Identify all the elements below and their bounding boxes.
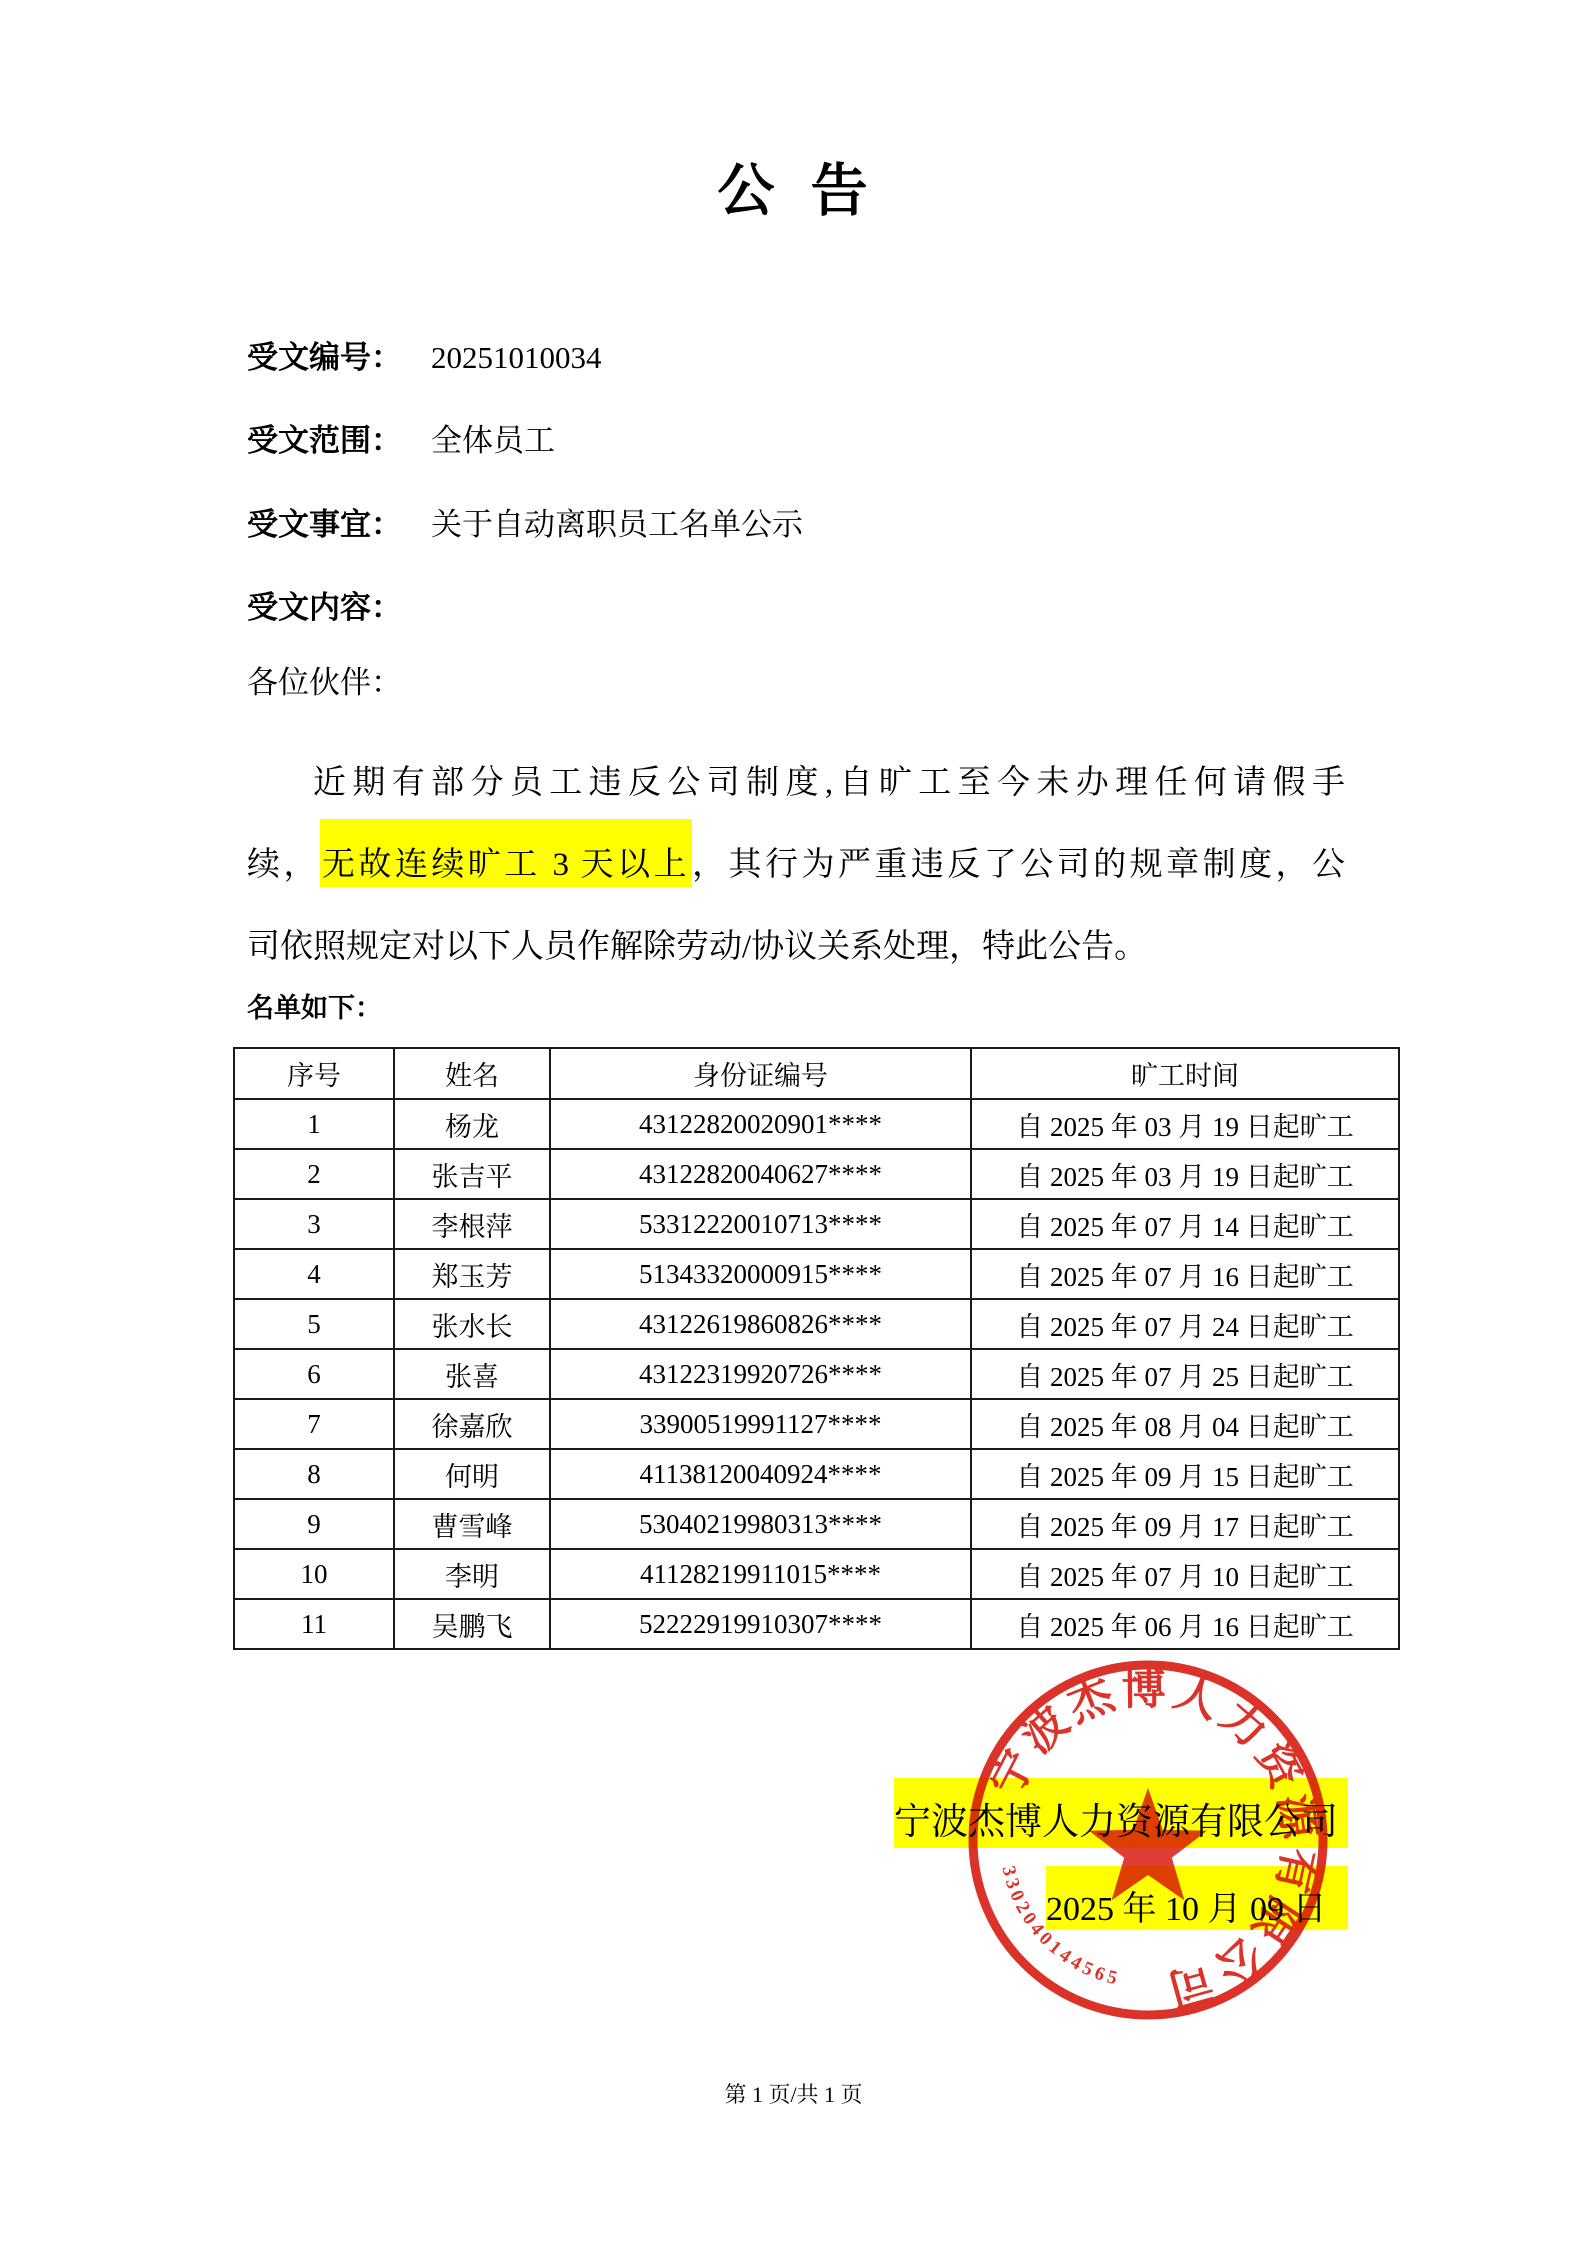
table-cell: 43122619860826****: [550, 1299, 971, 1349]
table-row: 3李根萍53312220010713****自 2025 年 07 月 14 日…: [234, 1199, 1399, 1249]
table-cell: 李根萍: [394, 1199, 550, 1249]
table-cell: 自 2025 年 08 月 04 日起旷工: [971, 1399, 1399, 1449]
table-cell: 自 2025 年 07 月 24 日起旷工: [971, 1299, 1399, 1349]
table-cell: 53312220010713****: [550, 1199, 971, 1249]
table-cell: 4: [234, 1249, 394, 1299]
doc-subject-label: 受文事宜：: [247, 507, 431, 543]
table-cell: 7: [234, 1399, 394, 1449]
table-cell: 43122820040627****: [550, 1149, 971, 1199]
col-header-name: 姓名: [394, 1048, 550, 1099]
doc-subject-line: 受文事宜：关于自动离职员工名单公示: [247, 507, 803, 543]
table-row: 2张吉平43122820040627****自 2025 年 03 月 19 日…: [234, 1149, 1399, 1199]
table-row: 11吴鹏飞52222919910307****自 2025 年 06 月 16 …: [234, 1599, 1399, 1649]
doc-scope-line: 受文范围：全体员工: [247, 423, 555, 459]
table-cell: 自 2025 年 09 月 17 日起旷工: [971, 1499, 1399, 1549]
col-header-id: 身份证编号: [550, 1048, 971, 1099]
table-cell: 1: [234, 1099, 394, 1149]
table-cell: 李明: [394, 1549, 550, 1599]
table-cell: 张喜: [394, 1349, 550, 1399]
table-cell: 自 2025 年 07 月 16 日起旷工: [971, 1249, 1399, 1299]
roster-table-body: 1杨龙43122820020901****自 2025 年 03 月 19 日起…: [234, 1099, 1399, 1649]
paragraph-line-2-suffix: ，其行为严重违反了公司的规章制度，公: [692, 847, 1345, 883]
highlighted-absence-rule: 无故连续旷工 3 天以上: [320, 819, 692, 887]
table-cell: 自 2025 年 06 月 16 日起旷工: [971, 1599, 1399, 1649]
table-row: 5张水长43122619860826****自 2025 年 07 月 24 日…: [234, 1299, 1399, 1349]
table-cell: 33900519991127****: [550, 1399, 971, 1449]
seal-star-icon: [1089, 1788, 1207, 1900]
table-cell: 8: [234, 1449, 394, 1499]
table-header-row: 序号 姓名 身份证编号 旷工时间: [234, 1048, 1399, 1099]
announcement-document: 公 告 受文编号：20251010034 受文范围：全体员工 受文事宜：关于自动…: [0, 0, 1587, 2245]
table-cell: 11: [234, 1599, 394, 1649]
table-cell: 吴鹏飞: [394, 1599, 550, 1649]
table-row: 8何明41138120040924****自 2025 年 09 月 15 日起…: [234, 1449, 1399, 1499]
table-cell: 何明: [394, 1449, 550, 1499]
salutation: 各位伙伴：: [247, 664, 402, 702]
table-cell: 自 2025 年 03 月 19 日起旷工: [971, 1149, 1399, 1199]
page-title: 公 告: [0, 162, 1587, 222]
paragraph-line-3: 司依照规定对以下人员作解除劳动/协议关系处理，特此公告。: [247, 926, 1345, 968]
table-row: 7徐嘉欣33900519991127****自 2025 年 08 月 04 日…: [234, 1399, 1399, 1449]
doc-scope-label: 受文范围：: [247, 423, 431, 459]
table-row: 1杨龙43122820020901****自 2025 年 03 月 19 日起…: [234, 1099, 1399, 1149]
table-row: 10李明41128219911015****自 2025 年 07 月 10 日…: [234, 1549, 1399, 1599]
table-cell: 2: [234, 1149, 394, 1199]
table-cell: 自 2025 年 09 月 15 日起旷工: [971, 1449, 1399, 1499]
table-cell: 5: [234, 1299, 394, 1349]
table-cell: 41138120040924****: [550, 1449, 971, 1499]
doc-number-line: 受文编号：20251010034: [247, 340, 602, 376]
doc-content-label: 受文内容：: [247, 590, 431, 626]
company-seal-stamp: 宁波杰博人力资源有限公司 3302040144565: [966, 1658, 1330, 2022]
table-cell: 52222919910307****: [550, 1599, 971, 1649]
table-cell: 43122319920726****: [550, 1349, 971, 1399]
table-cell: 53040219980313****: [550, 1499, 971, 1549]
table-row: 9曹雪峰53040219980313****自 2025 年 09 月 17 日…: [234, 1499, 1399, 1549]
table-cell: 43122820020901****: [550, 1099, 971, 1149]
table-cell: 自 2025 年 07 月 10 日起旷工: [971, 1549, 1399, 1599]
table-cell: 郑玉芳: [394, 1249, 550, 1299]
paragraph-line-2-prefix: 续，: [247, 847, 320, 883]
doc-number-value: 20251010034: [431, 340, 602, 375]
table-cell: 自 2025 年 03 月 19 日起旷工: [971, 1099, 1399, 1149]
table-row: 4郑玉芳51343320000915****自 2025 年 07 月 16 日…: [234, 1249, 1399, 1299]
table-cell: 杨龙: [394, 1099, 550, 1149]
doc-content-line: 受文内容：: [247, 590, 431, 626]
table-row: 6张喜43122319920726****自 2025 年 07 月 25 日起…: [234, 1349, 1399, 1399]
table-cell: 10: [234, 1549, 394, 1599]
table-cell: 51343320000915****: [550, 1249, 971, 1299]
doc-scope-value: 全体员工: [431, 423, 555, 458]
col-header-index: 序号: [234, 1048, 394, 1099]
page-footer: 第 1 页/共 1 页: [0, 2082, 1587, 2108]
doc-subject-value: 关于自动离职员工名单公示: [431, 507, 803, 542]
roster-table: 序号 姓名 身份证编号 旷工时间 1杨龙43122820020901****自 …: [233, 1047, 1400, 1650]
list-intro: 名单如下：: [247, 993, 382, 1023]
table-cell: 曹雪峰: [394, 1499, 550, 1549]
table-cell: 张吉平: [394, 1149, 550, 1199]
table-cell: 9: [234, 1499, 394, 1549]
table-cell: 张水长: [394, 1299, 550, 1349]
table-cell: 41128219911015****: [550, 1549, 971, 1599]
doc-number-label: 受文编号：: [247, 340, 431, 376]
table-cell: 徐嘉欣: [394, 1399, 550, 1449]
paragraph-line-2: 续，无故连续旷工 3 天以上，其行为严重违反了公司的规章制度，公: [247, 844, 1345, 886]
table-cell: 自 2025 年 07 月 25 日起旷工: [971, 1349, 1399, 1399]
table-cell: 3: [234, 1199, 394, 1249]
seal-serial-arc-text: 3302040144565: [998, 1864, 1123, 1990]
paragraph-line-1: 近期有部分员工违反公司制度,自旷工至今未办理任何请假手: [313, 762, 1345, 804]
col-header-absence-time: 旷工时间: [971, 1048, 1399, 1099]
table-cell: 6: [234, 1349, 394, 1399]
table-cell: 自 2025 年 07 月 14 日起旷工: [971, 1199, 1399, 1249]
